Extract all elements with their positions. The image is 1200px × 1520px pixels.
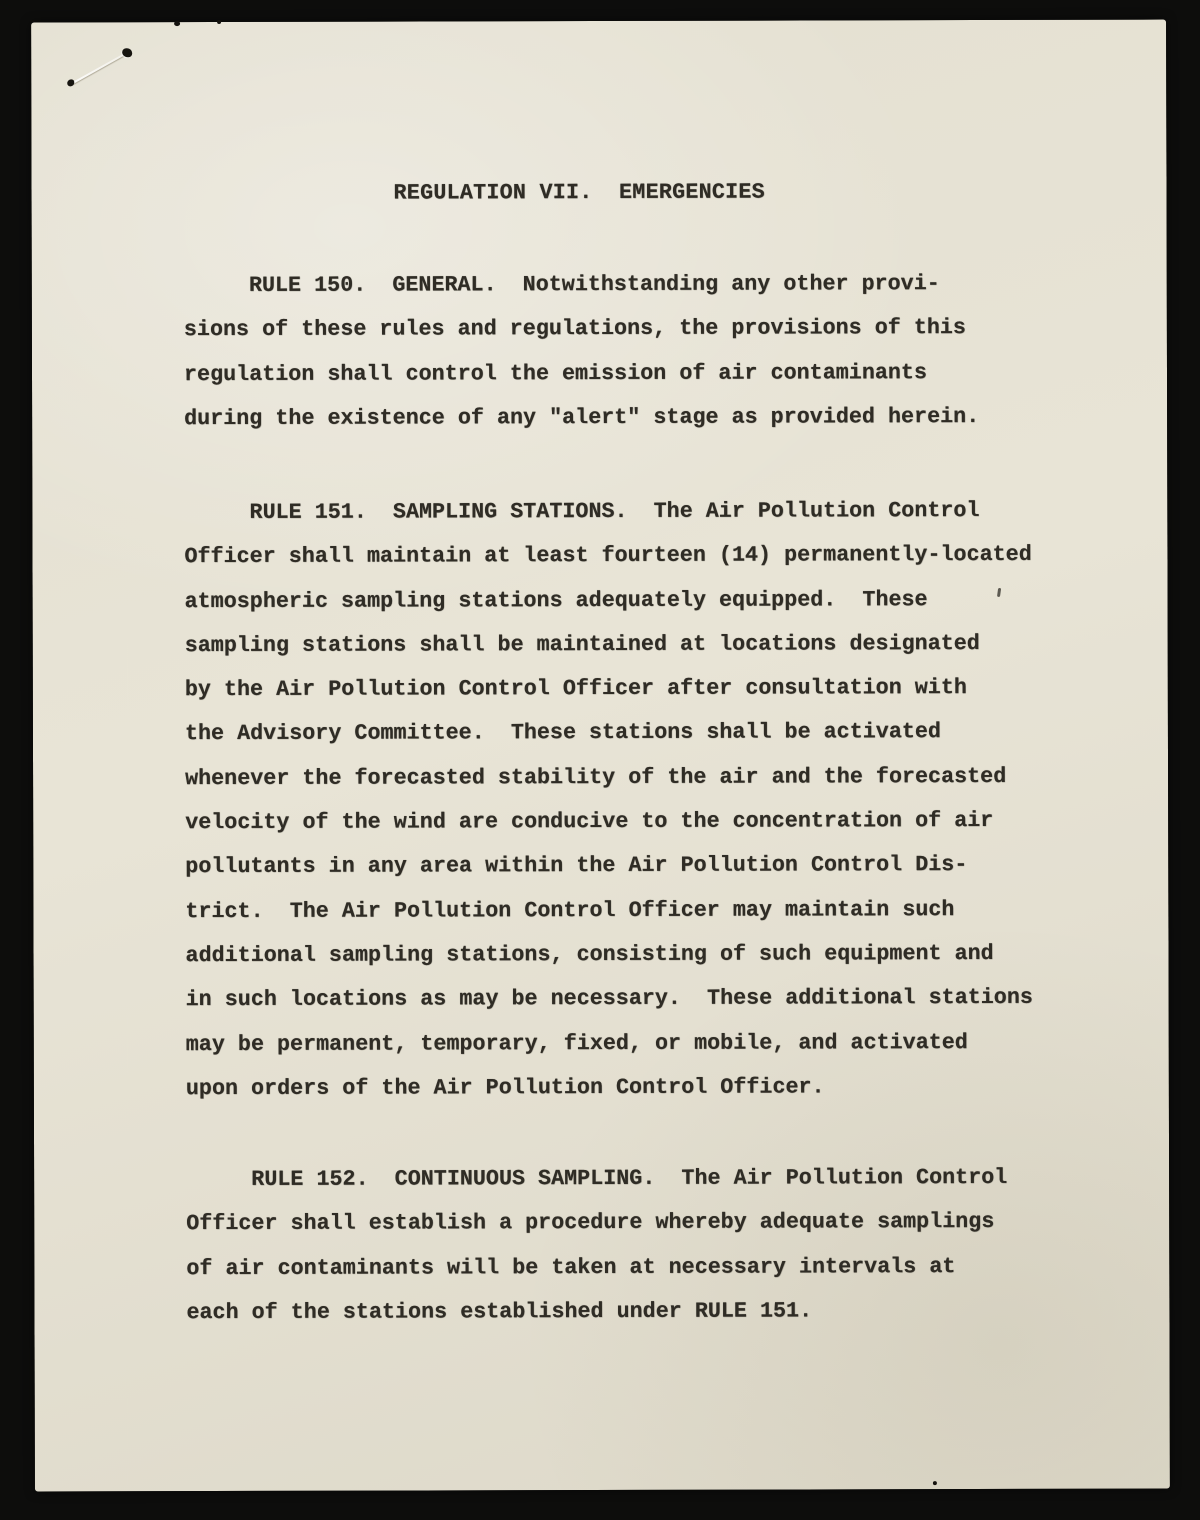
rule-152-paragraph: RULE 152. CONTINUOUS SAMPLING. The Air P…: [186, 1156, 1008, 1335]
rule-150-paragraph: RULE 150. GENERAL. Notwithstanding any o…: [184, 262, 980, 441]
paper-speck: [217, 20, 221, 24]
rule-151-paragraph: RULE 151. SAMPLING STATIONS. The Air Pol…: [184, 489, 1033, 1111]
staple-scratch-line: [72, 52, 127, 84]
staple-mark: [31, 22, 151, 112]
paper-speck: [933, 1481, 937, 1485]
paper-speck: [174, 21, 180, 26]
staple-hole-icon: [122, 48, 132, 57]
document-title: REGULATION VII. EMERGENCIES: [393, 171, 765, 216]
staple-hole-icon: [67, 79, 74, 86]
scan-background: REGULATION VII. EMERGENCIES RULE 150. GE…: [0, 0, 1200, 1520]
document-page: REGULATION VII. EMERGENCIES RULE 150. GE…: [31, 20, 1170, 1492]
